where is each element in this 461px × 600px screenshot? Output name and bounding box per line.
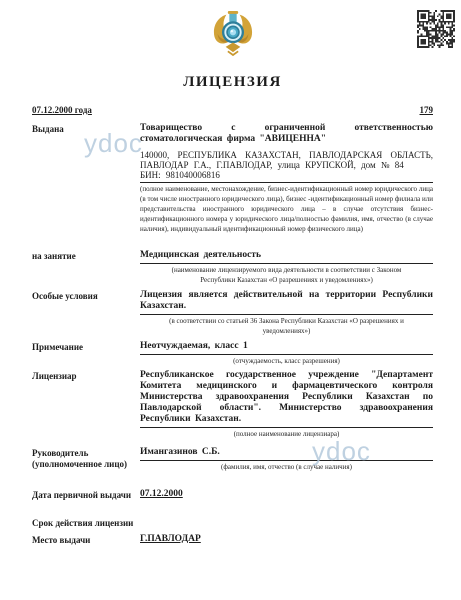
divider-line <box>140 182 433 183</box>
kazakhstan-emblem-icon <box>211 8 255 58</box>
field-special-conditions: Особые условия Лицензия является действи… <box>32 290 433 336</box>
license-document: ЛИЦЕНЗИЯ 07.12.2000 года 179 Выдана Това… <box>0 0 461 600</box>
header-number-row: 07.12.2000 года 179 <box>32 105 433 115</box>
first-issue-date-value: 07.12.2000 <box>140 489 433 500</box>
licensee-bin: БИН: 981040006816 <box>140 170 433 180</box>
licensor-label: Лицензиар <box>32 370 140 439</box>
special-conditions-caption: (в соответствии со статьей 36 Закона Рес… <box>140 316 433 336</box>
field-issued-to: Выдана Товарищество с ограниченной ответ… <box>32 123 433 242</box>
field-licensor: Лицензиар Республиканское государственно… <box>32 370 433 439</box>
issue-date: 07.12.2000 года <box>32 105 92 115</box>
note-value: Неотчуждаемая, класс 1 <box>140 341 433 355</box>
field-validity-period: Срок действия лицензии <box>32 517 433 529</box>
document-title: ЛИЦЕНЗИЯ <box>32 74 433 91</box>
head-caption: (фамилия, имя, отчество (в случае наличи… <box>140 462 433 472</box>
field-place-of-issue: Место выдачи Г.ПАВЛОДАР <box>32 534 433 546</box>
head-value: Имангазинов С.Б. <box>140 447 433 461</box>
note-caption: (отчуждаемость, класс разрешения) <box>140 356 433 366</box>
special-conditions-label: Особые условия <box>32 290 140 336</box>
field-head: Руководитель (уполномоченное лицо) Иманг… <box>32 447 433 472</box>
field-activity: на занятие Медицинская деятельность (наи… <box>32 250 433 285</box>
head-label: Руководитель (уполномоченное лицо) <box>32 447 140 472</box>
field-first-issue-date: Дата первичной выдачи 07.12.2000 <box>32 489 433 501</box>
qr-code <box>417 10 455 48</box>
activity-value: Медицинская деятельность <box>140 250 433 264</box>
licensee-address: 140000, РЕСПУБЛИКА КАЗАХСТАН, ПАВЛОДАРСК… <box>140 150 433 170</box>
special-conditions-value: Лицензия является действительной на терр… <box>140 290 433 315</box>
first-issue-date-label: Дата первичной выдачи <box>32 489 140 501</box>
licensee-name: Товарищество с ограниченной ответственно… <box>140 123 433 145</box>
validity-period-label: Срок действия лицензии <box>32 517 140 529</box>
licensor-caption: (полное наименование лицензиара) <box>140 429 433 439</box>
field-note: Примечание Неотчуждаемая, класс 1 (отчуж… <box>32 341 433 366</box>
license-number: 179 <box>420 105 434 115</box>
activity-caption: (наименование лицензируемого вида деятел… <box>140 265 433 285</box>
note-label: Примечание <box>32 341 140 366</box>
issued-to-label: Выдана <box>32 123 140 242</box>
place-of-issue-label: Место выдачи <box>32 534 140 546</box>
activity-label: на занятие <box>32 250 140 285</box>
issued-to-caption: (полное наименование, местонахождение, б… <box>140 184 433 242</box>
place-of-issue-value: Г.ПАВЛОДАР <box>140 534 433 545</box>
licensor-value: Республиканское государственное учрежден… <box>140 370 433 428</box>
